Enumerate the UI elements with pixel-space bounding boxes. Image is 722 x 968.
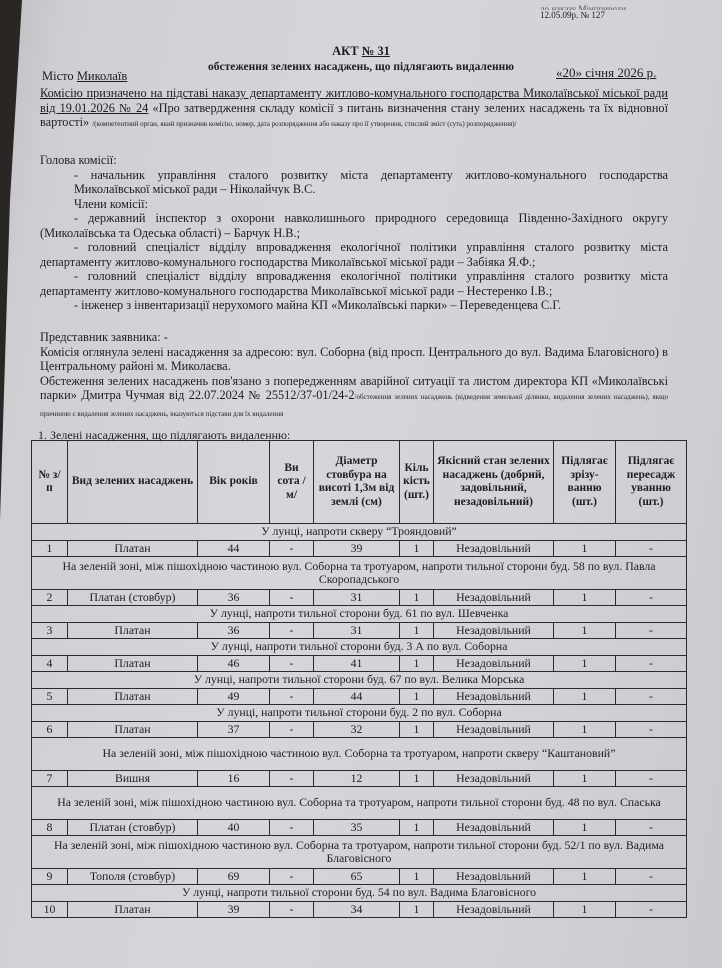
col-height-cell: - [270, 590, 314, 606]
member-item: - головний спеціаліст відділу впроваджен… [40, 269, 668, 298]
location-row: У лунці, напроти тильної сторони буд. 3 … [32, 639, 687, 656]
location-cell: У лунці, напроти тильної сторони буд. 54… [32, 885, 687, 902]
col-condition-cell: Незадовільний [434, 590, 554, 606]
col-height-cell: - [270, 623, 314, 639]
col-diameter-header: Діаметр стовбура на висоті 1,3м від земл… [314, 441, 400, 524]
col-number-cell: 4 [32, 656, 68, 672]
location-row: У лунці, напроти скверу “Трояндовий” [32, 524, 687, 541]
applicant-representative: Представник заявника: - [40, 330, 668, 345]
order-reference-line2: 12.05.09р. № 127 [540, 10, 626, 20]
col-age-cell: 36 [198, 590, 270, 606]
col-number-cell: 1 [32, 541, 68, 557]
col-height-cell: - [270, 541, 314, 557]
col-condition-cell: Незадовільний [434, 722, 554, 738]
col-to-transplant-cell: - [616, 869, 687, 885]
location-row: У лунці, напроти тильної сторони буд. 2 … [32, 705, 687, 722]
col-condition-cell: Незадовільний [434, 820, 554, 836]
location-row: У лунці, напроти тильної сторони буд. 54… [32, 885, 687, 902]
col-age-cell: 37 [198, 722, 270, 738]
col-to-transplant-cell: - [616, 590, 687, 606]
col-species-cell: Платан [68, 656, 198, 672]
location-row: У лунці, напроти тильної сторони буд. 61… [32, 606, 687, 623]
table-row: 6Платан37-321Незадовільний1- [32, 722, 687, 738]
col-species-header: Вид зелених насаджень [68, 441, 198, 524]
col-quantity-cell: 1 [400, 541, 434, 557]
location-cell: На зеленій зоні, між пішохідною частиною… [32, 557, 687, 590]
col-age-cell: 69 [198, 869, 270, 885]
col-condition-cell: Незадовільний [434, 623, 554, 639]
col-number-cell: 9 [32, 869, 68, 885]
col-number-cell: 8 [32, 820, 68, 836]
col-quantity-cell: 1 [400, 722, 434, 738]
col-condition-header: Якісний стан зелених насаджень (добрий, … [434, 441, 554, 524]
location-cell: На зеленій зоні, між пішохідною частиною… [32, 738, 687, 771]
table-row: 9Тополя (стовбур)69-651Незадовільний1- [32, 869, 687, 885]
table-row: 1Платан44-391Незадовільний1- [32, 541, 687, 557]
member-text: - головний спеціаліст відділу впроваджен… [40, 240, 668, 269]
table-row: 3Платан36-311Незадовільний1- [32, 623, 687, 639]
city-label: Місто [42, 69, 74, 83]
col-species-cell: Платан [68, 623, 198, 639]
col-to-cut-cell: 1 [554, 902, 616, 918]
col-species-cell: Платан (стовбур) [68, 590, 198, 606]
table-body: У лунці, напроти скверу “Трояндовий”1Пла… [32, 524, 687, 918]
col-species-cell: Тополя (стовбур) [68, 869, 198, 885]
col-to-transplant-cell: - [616, 722, 687, 738]
table-row: 2Платан (стовбур)36-311Незадовільний1- [32, 590, 687, 606]
order-reference: до наказу Мінприроди 12.05.09р. № 127 [540, 4, 626, 20]
location-cell: У лунці, напроти тильної сторони буд. 67… [32, 672, 687, 689]
col-species-cell: Платан [68, 902, 198, 918]
col-to-transplant-cell: - [616, 689, 687, 705]
col-to-cut-cell: 1 [554, 590, 616, 606]
inspection-address: Комісія оглянула зелені насадження за ад… [40, 345, 668, 374]
act-date: «20» січня 2026 р. [556, 65, 656, 81]
col-to-transplant-cell: - [616, 902, 687, 918]
col-to-cut-cell: 1 [554, 722, 616, 738]
col-diameter-cell: 31 [314, 590, 400, 606]
location-cell: У лунці, напроти тильної сторони буд. 3 … [32, 639, 687, 656]
col-to-transplant-cell: - [616, 541, 687, 557]
col-to-transplant-cell: - [616, 656, 687, 672]
member-text: - інженер з інвентаризації нерухомого ма… [74, 298, 561, 312]
col-height-cell: - [270, 689, 314, 705]
col-height-cell: - [270, 820, 314, 836]
member-text: - головний спеціаліст відділу впроваджен… [40, 269, 668, 298]
inspection-details: Представник заявника: - Комісія оглянула… [40, 330, 668, 421]
col-number-header: № з/ п [32, 441, 68, 524]
commission-composition: Голова комісії: - начальник управління с… [40, 153, 668, 313]
col-species-cell: Вишня [68, 771, 198, 787]
col-age-cell: 40 [198, 820, 270, 836]
col-age-cell: 39 [198, 902, 270, 918]
col-number-cell: 6 [32, 722, 68, 738]
table-row: 10Платан39-341Незадовільний1- [32, 902, 687, 918]
col-number-cell: 3 [32, 623, 68, 639]
col-species-cell: Платан [68, 689, 198, 705]
col-to-transplant-header: Підлягає пересадж уванню (шт.) [616, 441, 687, 524]
location-row: На зеленій зоні, між пішохідною частиною… [32, 836, 687, 869]
location-row: У лунці, напроти тильної сторони буд. 67… [32, 672, 687, 689]
location-cell: У лунці, напроти тильної сторони буд. 61… [32, 606, 687, 623]
col-diameter-cell: 65 [314, 869, 400, 885]
col-species-cell: Платан [68, 541, 198, 557]
member-item: - головний спеціаліст відділу впроваджен… [40, 240, 668, 269]
col-number-cell: 7 [32, 771, 68, 787]
col-condition-cell: Незадовільний [434, 656, 554, 672]
col-to-cut-cell: 1 [554, 541, 616, 557]
city-name: Миколаїв [77, 69, 128, 83]
col-quantity-cell: 1 [400, 656, 434, 672]
location-row: На зеленій зоні, між пішохідною частиною… [32, 738, 687, 771]
col-height-cell: - [270, 902, 314, 918]
col-quantity-cell: 1 [400, 902, 434, 918]
document-title: АКТ № 31 [0, 44, 722, 59]
col-age-header: Вік років [198, 441, 270, 524]
col-to-transplant-cell: - [616, 771, 687, 787]
location-cell: У лунці, напроти скверу “Трояндовий” [32, 524, 687, 541]
col-to-transplant-cell: - [616, 623, 687, 639]
col-to-cut-cell: 1 [554, 771, 616, 787]
trees-table: № з/ пВид зелених насадженьВік роківВи с… [31, 440, 687, 918]
col-to-cut-cell: 1 [554, 820, 616, 836]
table-row: 7Вишня16-121Незадовільний1- [32, 771, 687, 787]
col-quantity-cell: 1 [400, 623, 434, 639]
col-to-cut-cell: 1 [554, 656, 616, 672]
table-header-row: № з/ пВид зелених насадженьВік роківВи с… [32, 441, 687, 524]
commission-appointment: Комісію призначено на підставі наказу де… [40, 86, 668, 132]
location-cell: На зеленій зоні, між пішохідною частиною… [32, 836, 687, 869]
member-text: - державний інспектор з охорони навколиш… [40, 211, 668, 240]
col-height-cell: - [270, 656, 314, 672]
inspection-reason: Обстеження зелених насаджень пов'язано з… [40, 374, 668, 422]
col-height-header: Ви сота /м/ [270, 441, 314, 524]
city-line: Місто Миколаїв [42, 69, 127, 84]
col-species-cell: Платан [68, 722, 198, 738]
col-condition-cell: Незадовільний [434, 689, 554, 705]
col-quantity-cell: 1 [400, 689, 434, 705]
col-condition-cell: Незадовільний [434, 541, 554, 557]
col-diameter-cell: 12 [314, 771, 400, 787]
col-height-cell: - [270, 869, 314, 885]
col-age-cell: 36 [198, 623, 270, 639]
col-diameter-cell: 39 [314, 541, 400, 557]
col-number-cell: 5 [32, 689, 68, 705]
col-diameter-cell: 35 [314, 820, 400, 836]
col-quantity-header: Кіль кість (шт.) [400, 441, 434, 524]
member-item: - інженер з інвентаризації нерухомого ма… [40, 298, 668, 313]
col-age-cell: 49 [198, 689, 270, 705]
col-diameter-cell: 32 [314, 722, 400, 738]
col-to-cut-cell: 1 [554, 869, 616, 885]
col-diameter-cell: 34 [314, 902, 400, 918]
col-to-cut-cell: 1 [554, 623, 616, 639]
head-member-text: - начальник управління сталого розвитку … [74, 168, 668, 197]
appointment-note: /(компетентний орган, який призначив ком… [92, 120, 516, 128]
col-condition-cell: Незадовільний [434, 771, 554, 787]
location-cell: На зеленій зоні, між пішохідною частиною… [32, 787, 687, 820]
table-row: 4Платан46-411Незадовільний1- [32, 656, 687, 672]
col-quantity-cell: 1 [400, 771, 434, 787]
col-condition-cell: Незадовільний [434, 869, 554, 885]
col-number-cell: 2 [32, 590, 68, 606]
col-species-cell: Платан (стовбур) [68, 820, 198, 836]
col-quantity-cell: 1 [400, 869, 434, 885]
members-label: Члени комісії: [40, 197, 668, 212]
col-diameter-cell: 44 [314, 689, 400, 705]
col-to-transplant-cell: - [616, 820, 687, 836]
col-age-cell: 44 [198, 541, 270, 557]
col-age-cell: 16 [198, 771, 270, 787]
col-age-cell: 46 [198, 656, 270, 672]
col-diameter-cell: 31 [314, 623, 400, 639]
title-prefix: АКТ [332, 44, 358, 58]
col-quantity-cell: 1 [400, 590, 434, 606]
col-number-cell: 10 [32, 902, 68, 918]
col-height-cell: - [270, 722, 314, 738]
head-label: Голова комісії: [40, 153, 668, 168]
member-item: - державний інспектор з охорони навколиш… [40, 211, 668, 240]
act-number: № 31 [362, 44, 390, 58]
head-member: - начальник управління сталого розвитку … [40, 168, 668, 197]
table-row: 8Платан (стовбур)40-351Незадовільний1- [32, 820, 687, 836]
col-to-cut-cell: 1 [554, 689, 616, 705]
col-condition-cell: Незадовільний [434, 902, 554, 918]
location-row: На зеленій зоні, між пішохідною частиною… [32, 557, 687, 590]
location-row: На зеленій зоні, між пішохідною частиною… [32, 787, 687, 820]
col-to-cut-header: Підлягає зрізу- ванню (шт.) [554, 441, 616, 524]
location-cell: У лунці, напроти тильної сторони буд. 2 … [32, 705, 687, 722]
col-height-cell: - [270, 771, 314, 787]
col-quantity-cell: 1 [400, 820, 434, 836]
table-row: 5Платан49-441Незадовільний1- [32, 689, 687, 705]
col-diameter-cell: 41 [314, 656, 400, 672]
